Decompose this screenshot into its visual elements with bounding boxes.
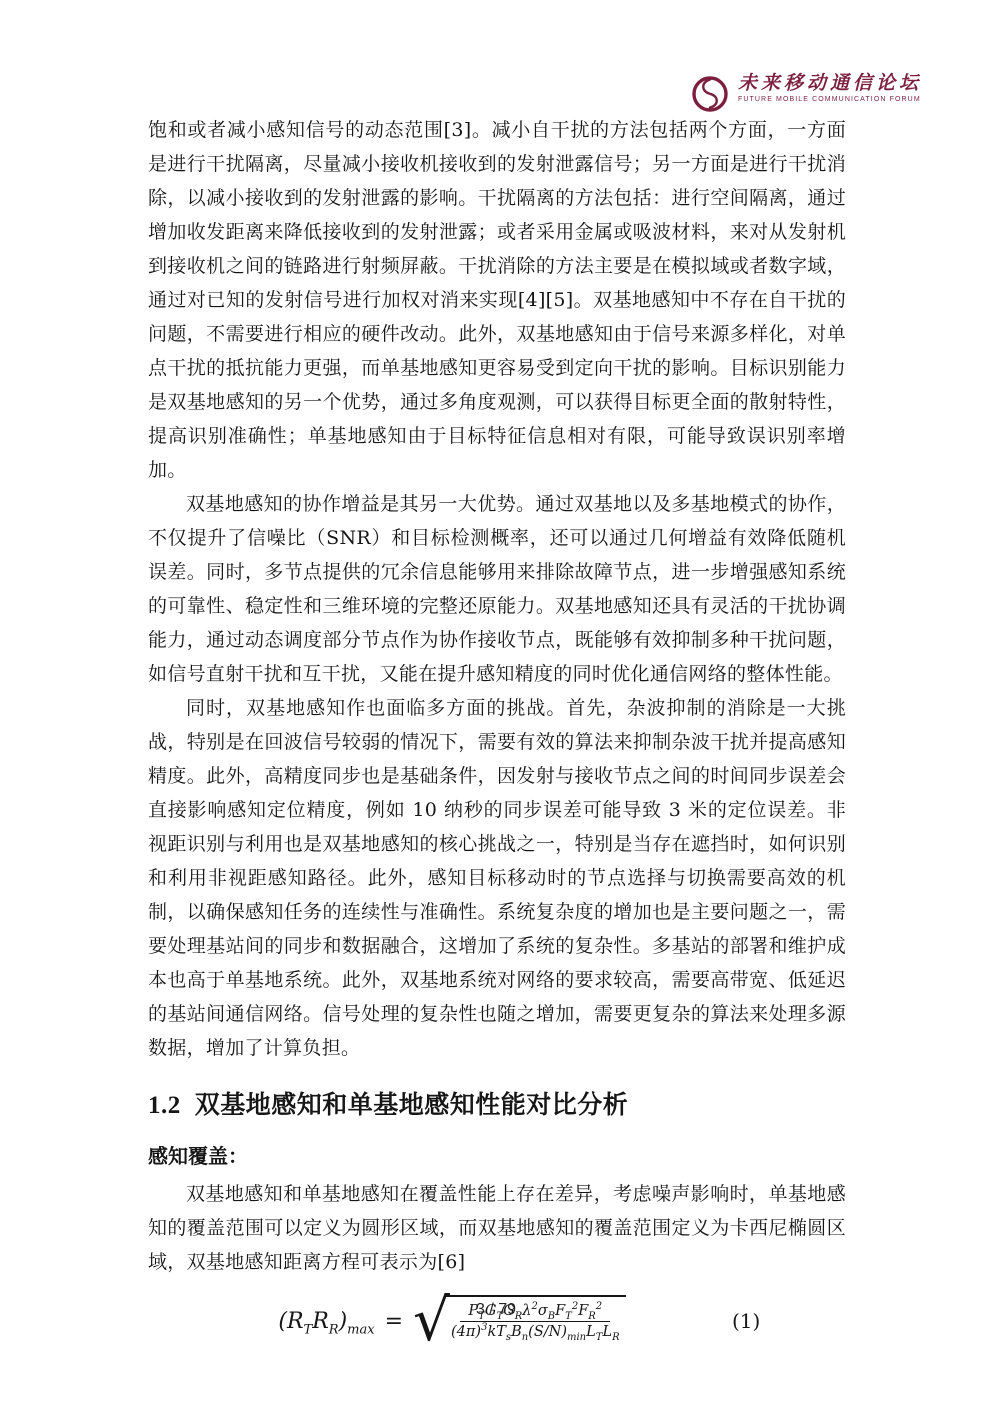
equation-denominator: (4π)3kTsBn(S/N)minLTLR bbox=[451, 1322, 620, 1341]
section-title: 双基地感知和单基地感知性能对比分析 bbox=[195, 1090, 629, 1119]
forum-logo: 未来移动通信论坛 FUTURE MOBILE COMMUNICATION FOR… bbox=[690, 74, 922, 114]
coverage-paragraph: 双基地感知和单基地感知在覆盖性能上存在差异，考虑噪声影响时，单基地感知的覆盖范围… bbox=[148, 1177, 846, 1279]
body-paragraph-3: 同时，双基地感知作也面临多方面的挑战。首先，杂波抑制的消除是一大挑战，特别是在回… bbox=[148, 691, 846, 1065]
subsection-label: 感知覆盖： bbox=[148, 1141, 846, 1171]
page-content: 饱和或者减小感知信号的动态范围[3]。减小自干扰的方法包括两个方面，一方面是进行… bbox=[148, 113, 846, 1348]
forum-logo-icon bbox=[690, 74, 730, 114]
body-paragraph-1: 饱和或者减小感知信号的动态范围[3]。减小自干扰的方法包括两个方面，一方面是进行… bbox=[148, 113, 846, 487]
body-paragraph-2: 双基地感知的协作增益是其另一大优势。通过双基地以及多基地模式的协作，不仅提升了信… bbox=[148, 487, 846, 691]
logo-english-name: FUTURE MOBILE COMMUNICATION FORUM bbox=[738, 96, 922, 103]
page-number: 3 / 79 bbox=[0, 1301, 992, 1319]
logo-chinese-name: 未来移动通信论坛 bbox=[738, 74, 922, 93]
section-number: 1.2 bbox=[148, 1092, 181, 1119]
logo-text: 未来移动通信论坛 FUTURE MOBILE COMMUNICATION FOR… bbox=[738, 74, 922, 103]
section-heading: 1.2双基地感知和单基地感知性能对比分析 bbox=[148, 1089, 846, 1123]
document-page: 未来移动通信论坛 FUTURE MOBILE COMMUNICATION FOR… bbox=[0, 0, 992, 1403]
